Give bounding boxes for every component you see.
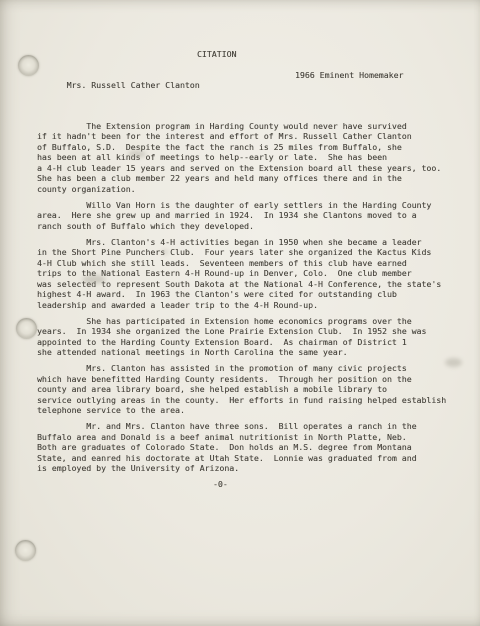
paragraph-civic-projects: Mrs. Clanton has assisted in the promoti… <box>37 363 457 416</box>
ink-smudge <box>82 275 106 284</box>
document-end-mark: -0- <box>213 479 457 490</box>
binder-hole-icon <box>18 55 39 76</box>
document-header: Mrs. Russell Cather Clanton 1966 Eminent… <box>37 70 457 112</box>
ink-smudge <box>128 150 146 158</box>
ink-smudge <box>161 249 169 255</box>
citation-document: CITATION Mrs. Russell Cather Clanton 196… <box>37 49 457 490</box>
paragraph-extension-program: The Extension program in Harding County … <box>37 121 457 195</box>
paragraph-early-life: Willo Van Horn is the daughter of early … <box>37 200 457 232</box>
honoree-name: Mrs. Russell Cather Clanton <box>67 80 200 90</box>
binder-hole-icon <box>16 318 37 339</box>
paragraph-family: Mr. and Mrs. Clanton have three sons. Bi… <box>37 421 457 474</box>
document-title: CITATION <box>197 49 457 60</box>
award-title: 1966 Eminent Homemaker <box>295 70 403 81</box>
paragraph-home-economics: She has participated in Extension home e… <box>37 316 457 358</box>
paragraph-4h-activities: Mrs. Clanton's 4-H activities began in 1… <box>37 237 457 311</box>
scanned-document-page: CITATION Mrs. Russell Cather Clanton 196… <box>0 0 480 626</box>
ink-smudge <box>445 358 462 367</box>
binder-hole-icon <box>15 540 36 561</box>
